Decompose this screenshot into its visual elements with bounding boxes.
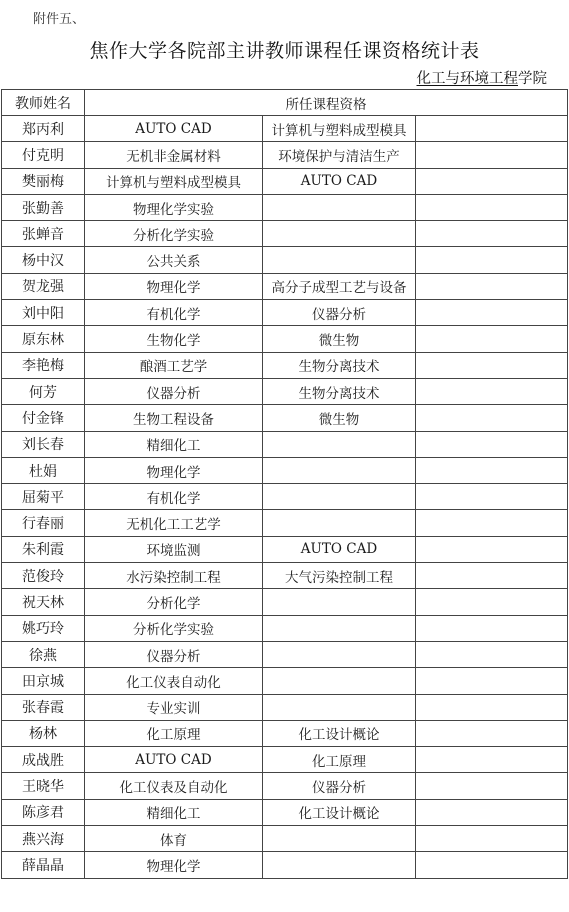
table-row: 祝天林分析化学 [2,589,568,615]
table-row: 张春霞专业实训 [2,694,568,720]
course-2-cell [263,641,416,667]
course-qualification-table: 教师姓名 所任课程资格 郑丙利AUTO CAD计算机与塑料成型模具付克明无机非金… [1,89,568,879]
course-2-cell [263,431,416,457]
table-row: 行春丽无机化工工艺学 [2,510,568,536]
course-3-cell [416,405,568,431]
table-row: 范俊玲水污染控制工程大气污染控制工程 [2,563,568,589]
course-1-cell: AUTO CAD [85,116,263,142]
course-2-cell [263,826,416,852]
course-3-cell [416,247,568,273]
table-row: 燕兴海体育 [2,826,568,852]
table-row: 杨林化工原理化工设计概论 [2,720,568,746]
table-row: 刘中阳有机化学仪器分析 [2,300,568,326]
teacher-name-cell: 杨中汉 [2,247,85,273]
table-row: 何芳仪器分析生物分离技术 [2,378,568,404]
course-3-cell [416,484,568,510]
table-row: 张勤善物理化学实验 [2,194,568,220]
course-3-cell [416,378,568,404]
course-1-cell: 环境监测 [85,536,263,562]
course-2-cell: 化工设计概论 [263,720,416,746]
course-1-cell: 精细化工 [85,431,263,457]
course-1-cell: 化工原理 [85,720,263,746]
course-3-cell [416,747,568,773]
table-row: 薛晶晶物理化学 [2,852,568,878]
course-1-cell: 物理化学 [85,457,263,483]
course-2-cell: 生物分离技术 [263,378,416,404]
course-1-cell: 酿酒工艺学 [85,352,263,378]
teacher-name-cell: 徐燕 [2,641,85,667]
course-1-cell: 化工仪表及自动化 [85,773,263,799]
course-2-cell: AUTO CAD [263,536,416,562]
course-3-cell [416,431,568,457]
course-1-cell: 无机非金属材料 [85,142,263,168]
course-2-cell [263,510,416,536]
course-2-cell: 化工设计概论 [263,799,416,825]
course-3-cell [416,300,568,326]
course-2-cell [263,221,416,247]
teacher-name-cell: 田京城 [2,668,85,694]
course-1-cell: 化工仪表自动化 [85,668,263,694]
course-2-cell: 环境保护与清洁生产 [263,142,416,168]
course-3-cell [416,273,568,299]
teacher-name-cell: 何芳 [2,378,85,404]
course-1-cell: 生物化学 [85,326,263,352]
table-row: 张蝉音分析化学实验 [2,221,568,247]
course-3-cell [416,116,568,142]
course-3-cell [416,799,568,825]
course-3-cell [416,142,568,168]
course-2-cell [263,247,416,273]
college-name-underlined: 化工与环境工程 [417,71,519,87]
table-row: 屈菊平有机化学 [2,484,568,510]
course-2-cell: 仪器分析 [263,300,416,326]
course-2-cell: 高分子成型工艺与设备 [263,273,416,299]
teacher-name-cell: 张蝉音 [2,221,85,247]
teacher-name-cell: 郑丙利 [2,116,85,142]
teacher-name-cell: 姚巧玲 [2,615,85,641]
table-row: 刘长春精细化工 [2,431,568,457]
course-2-cell [263,694,416,720]
college-name-suffix: 学院 [518,71,547,87]
teacher-name-cell: 张勤善 [2,194,85,220]
course-2-cell: 仪器分析 [263,773,416,799]
course-1-cell: 无机化工工艺学 [85,510,263,536]
course-3-cell [416,510,568,536]
college-name: 化工与环境工程学院 [417,67,548,88]
table-row: 李艳梅酿酒工艺学生物分离技术 [2,352,568,378]
course-2-cell [263,668,416,694]
table-row: 郑丙利AUTO CAD计算机与塑料成型模具 [2,116,568,142]
teacher-name-cell: 付金锋 [2,405,85,431]
course-1-cell: 分析化学实验 [85,221,263,247]
header-teacher-name: 教师姓名 [2,90,85,116]
course-2-cell [263,589,416,615]
teacher-name-cell: 燕兴海 [2,826,85,852]
course-1-cell: AUTO CAD [85,747,263,773]
table-row: 付金锋生物工程设备微生物 [2,405,568,431]
table-row: 陈彦君精细化工化工设计概论 [2,799,568,825]
course-1-cell: 生物工程设备 [85,405,263,431]
course-3-cell [416,668,568,694]
course-3-cell [416,694,568,720]
course-1-cell: 物理化学实验 [85,194,263,220]
course-1-cell: 体育 [85,826,263,852]
table-row: 田京城化工仪表自动化 [2,668,568,694]
table-row: 成战胜AUTO CAD化工原理 [2,747,568,773]
course-2-cell: 大气污染控制工程 [263,563,416,589]
teacher-name-cell: 刘中阳 [2,300,85,326]
teacher-name-cell: 王晓华 [2,773,85,799]
course-1-cell: 水污染控制工程 [85,563,263,589]
table-row: 王晓华化工仪表及自动化仪器分析 [2,773,568,799]
table-row: 付克明无机非金属材料环境保护与清洁生产 [2,142,568,168]
course-3-cell [416,826,568,852]
course-1-cell: 有机化学 [85,484,263,510]
teacher-name-cell: 原东林 [2,326,85,352]
document-title: 焦作大学各院部主讲教师课程任课资格统计表 [0,36,569,63]
course-2-cell: 生物分离技术 [263,352,416,378]
teacher-name-cell: 樊丽梅 [2,168,85,194]
course-3-cell [416,563,568,589]
table-row: 原东林生物化学微生物 [2,326,568,352]
course-2-cell: 微生物 [263,405,416,431]
teacher-name-cell: 杜娟 [2,457,85,483]
teacher-name-cell: 朱利霞 [2,536,85,562]
course-2-cell [263,194,416,220]
course-2-cell: 计算机与塑料成型模具 [263,116,416,142]
course-3-cell [416,536,568,562]
course-1-cell: 计算机与塑料成型模具 [85,168,263,194]
course-3-cell [416,720,568,746]
course-2-cell: 化工原理 [263,747,416,773]
course-3-cell [416,852,568,878]
course-2-cell [263,457,416,483]
attachment-label: 附件五、 [33,8,85,27]
course-3-cell [416,773,568,799]
table-row: 朱利霞环境监测AUTO CAD [2,536,568,562]
teacher-name-cell: 范俊玲 [2,563,85,589]
course-2-cell: AUTO CAD [263,168,416,194]
course-1-cell: 公共关系 [85,247,263,273]
course-3-cell [416,326,568,352]
course-1-cell: 物理化学 [85,273,263,299]
teacher-name-cell: 杨林 [2,720,85,746]
table-row: 姚巧玲分析化学实验 [2,615,568,641]
table-row: 杨中汉公共关系 [2,247,568,273]
teacher-name-cell: 张春霞 [2,694,85,720]
teacher-name-cell: 陈彦君 [2,799,85,825]
course-2-cell [263,615,416,641]
course-1-cell: 专业实训 [85,694,263,720]
course-1-cell: 物理化学 [85,852,263,878]
teacher-name-cell: 成战胜 [2,747,85,773]
course-3-cell [416,352,568,378]
course-1-cell: 精细化工 [85,799,263,825]
teacher-name-cell: 贺龙强 [2,273,85,299]
course-3-cell [416,194,568,220]
teacher-name-cell: 行春丽 [2,510,85,536]
header-course-qualification: 所任课程资格 [85,90,568,116]
course-1-cell: 分析化学实验 [85,615,263,641]
course-2-cell [263,852,416,878]
course-2-cell: 微生物 [263,326,416,352]
table-row: 樊丽梅计算机与塑料成型模具AUTO CAD [2,168,568,194]
course-3-cell [416,168,568,194]
course-3-cell [416,589,568,615]
table-row: 徐燕仪器分析 [2,641,568,667]
table-row: 贺龙强物理化学高分子成型工艺与设备 [2,273,568,299]
course-1-cell: 仪器分析 [85,641,263,667]
course-3-cell [416,641,568,667]
teacher-name-cell: 付克明 [2,142,85,168]
teacher-name-cell: 刘长春 [2,431,85,457]
course-1-cell: 仪器分析 [85,378,263,404]
teacher-name-cell: 李艳梅 [2,352,85,378]
teacher-name-cell: 屈菊平 [2,484,85,510]
table-header-row: 教师姓名 所任课程资格 [2,90,568,116]
course-2-cell [263,484,416,510]
table-row: 杜娟物理化学 [2,457,568,483]
course-3-cell [416,221,568,247]
teacher-name-cell: 薛晶晶 [2,852,85,878]
course-1-cell: 有机化学 [85,300,263,326]
teacher-name-cell: 祝天林 [2,589,85,615]
course-1-cell: 分析化学 [85,589,263,615]
course-3-cell [416,457,568,483]
course-3-cell [416,615,568,641]
